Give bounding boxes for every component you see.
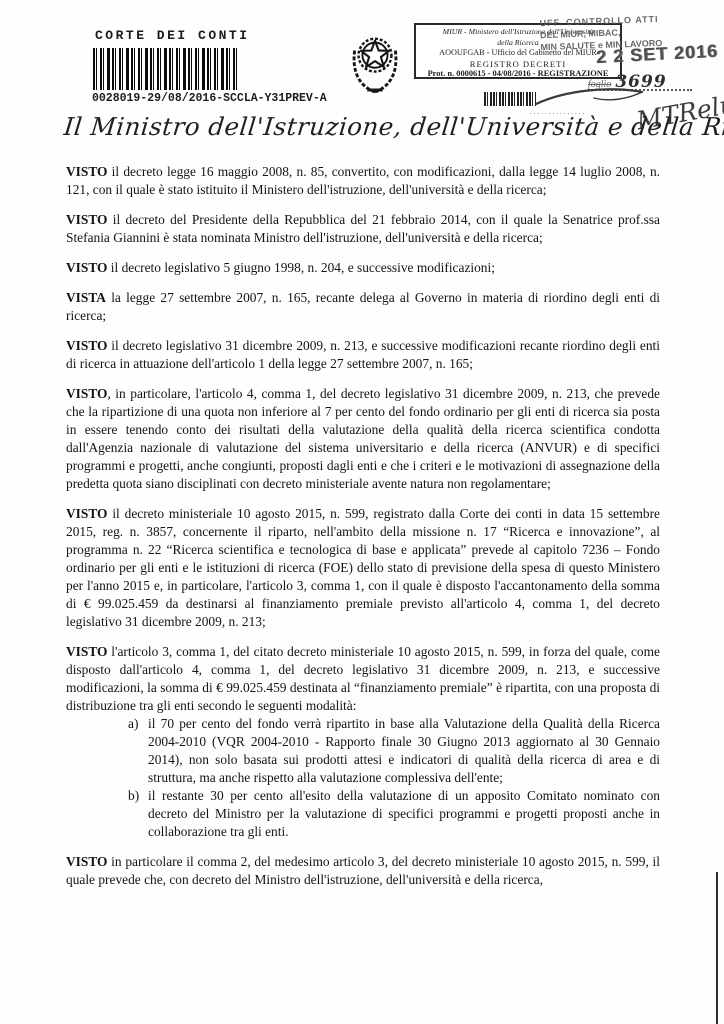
list-marker: a): [128, 715, 148, 787]
list-marker: b): [128, 787, 148, 841]
paragraph-visto-9: VISTO in particolare il comma 2, del med…: [66, 853, 660, 889]
visto-lead: VISTO: [66, 338, 107, 353]
modalita-list: a) il 70 per cento del fondo verrà ripar…: [128, 715, 660, 841]
registration-barcode: [93, 48, 239, 90]
paragraph-visto-1: VISTO il decreto legge 16 maggio 2008, n…: [66, 163, 660, 199]
paragraph-text: il decreto legislativo 5 giugno 1998, n.…: [107, 260, 495, 275]
paragraph-visto-3: VISTO il decreto legislativo 5 giugno 19…: [66, 259, 660, 277]
paragraph-visto-5: VISTO il decreto legislativo 31 dicembre…: [66, 337, 660, 373]
paragraph-text: l'articolo 3, comma 1, del citato decret…: [66, 644, 660, 713]
paragraph-text: il decreto ministeriale 10 agosto 2015, …: [66, 506, 660, 629]
decree-body-text: VISTO il decreto legge 16 maggio 2008, n…: [66, 163, 660, 901]
list-item-text: il 70 per cento del fondo verrà ripartit…: [148, 715, 660, 787]
paragraph-text: la legge 27 settembre 2007, n. 165, reca…: [66, 290, 660, 323]
visto-lead: VISTO: [66, 854, 107, 869]
paragraph-visto-6: VISTO, in particolare, l'articolo 4, com…: [66, 385, 660, 493]
visto-lead: VISTO: [66, 260, 107, 275]
italian-republic-emblem-icon: [346, 24, 404, 96]
list-item-text: il restante 30 per cento all'esito della…: [148, 787, 660, 841]
paragraph-vista-4: VISTA la legge 27 settembre 2007, n. 165…: [66, 289, 660, 325]
document-header: CORTE DEI CONTI 0028019-29/08/2016-SCCLA…: [0, 0, 724, 160]
signature-squiggle: [532, 84, 648, 110]
small-stamp-barcode: [484, 92, 536, 106]
minister-script-title: Il Ministro dell'Istruzione, dell'Univer…: [62, 112, 705, 141]
paragraph-text: il decreto legge 16 maggio 2008, n. 85, …: [66, 164, 660, 197]
list-item-b: b) il restante 30 per cento all'esito de…: [128, 787, 660, 841]
visto-lead: VISTO: [66, 212, 107, 227]
registration-barcode-number: 0028019-29/08/2016-SCCLA-Y31PREV-A: [92, 92, 327, 105]
paragraph-visto-7: VISTO il decreto ministeriale 10 agosto …: [66, 505, 660, 631]
scan-artifact-line: [716, 872, 718, 1024]
scanned-decree-page: CORTE DEI CONTI 0028019-29/08/2016-SCCLA…: [0, 0, 724, 1024]
visto-lead: VISTO: [66, 644, 107, 659]
paragraph-text: , in particolare, l'articolo 4, comma 1,…: [66, 386, 660, 491]
corte-dei-conti-label: CORTE DEI CONTI: [95, 28, 250, 43]
list-item-a: a) il 70 per cento del fondo verrà ripar…: [128, 715, 660, 787]
paragraph-visto-2: VISTO il decreto del Presidente della Re…: [66, 211, 660, 247]
paragraph-visto-8: VISTO l'articolo 3, comma 1, del citato …: [66, 643, 660, 715]
visto-lead: VISTO: [66, 386, 107, 401]
paragraph-text: il decreto legislativo 31 dicembre 2009,…: [66, 338, 660, 371]
vista-lead: VISTA: [66, 290, 106, 305]
visto-lead: VISTO: [66, 506, 107, 521]
stamp-line-registro: REGISTRO DECRETI: [419, 59, 617, 70]
visto-lead: VISTO: [66, 164, 107, 179]
paragraph-text: in particolare il comma 2, del medesimo …: [66, 854, 660, 887]
paragraph-text: il decreto del Presidente della Repubbli…: [66, 212, 660, 245]
